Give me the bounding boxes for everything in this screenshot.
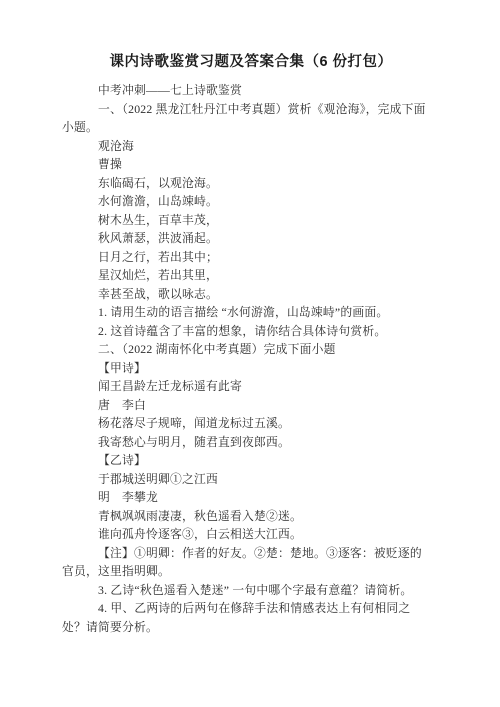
document-line: 秋风萧瑟，洪波涌起。	[62, 229, 440, 248]
document-line: 杨花落尽子规啼，闻道龙标过五溪。	[62, 414, 440, 433]
document-title: 课内诗歌鉴赏习题及答案合集（6 份打包）	[62, 52, 440, 72]
document-line: 青枫飒飒雨凄凄，秋色遥看入楚②迷。	[62, 507, 440, 526]
document-body: 中考冲刺——七上诗歌鉴赏一、（2022 黑龙江牡丹江中考真题）赏析《观沧海》，完…	[62, 81, 440, 636]
document-line: 曹操	[62, 155, 440, 174]
document-line: 一、（2022 黑龙江牡丹江中考真题）赏析《观沧海》，完成下面	[62, 100, 440, 119]
document-line: 东临碣石，以观沧海。	[62, 174, 440, 193]
document-line: 【乙诗】	[62, 451, 440, 470]
document-line: 【注】①明卿：作者的好友。②楚：楚地。③逐客：被贬逐的	[62, 544, 440, 563]
document-line: 明 李攀龙	[62, 488, 440, 507]
document-line: 观沧海	[62, 137, 440, 156]
document-line: 官员，这里指明卿。	[62, 562, 440, 581]
document-line: 【甲诗】	[62, 359, 440, 378]
document-line: 水何澹澹，山岛竦峙。	[62, 192, 440, 211]
document-line: 处？请简要分析。	[62, 618, 440, 637]
document-line: 日月之行，若出其中；	[62, 248, 440, 267]
document-line: 2. 这首诗蕴含了丰富的想象，请你结合具体诗句赏析。	[62, 322, 440, 341]
document-line: 二、（2022 湖南怀化中考真题）完成下面小题	[62, 340, 440, 359]
document-line: 1. 请用生动的语言描绘 “水何游澹，山岛竦峙”的画面。	[62, 303, 440, 322]
document-line: 树木丛生，百草丰茂，	[62, 211, 440, 230]
document-line: 中考冲刺——七上诗歌鉴赏	[62, 81, 440, 100]
document-line: 小题。	[62, 118, 440, 137]
document-line: 幸甚至战，歌以咏志。	[62, 285, 440, 304]
document-line: 我寄愁心与明月，随君直到夜郎西。	[62, 433, 440, 452]
document-line: 闻王昌龄左迁龙标遥有此寄	[62, 377, 440, 396]
document-page: 课内诗歌鉴赏习题及答案合集（6 份打包） 中考冲刺——七上诗歌鉴赏一、（2022…	[0, 0, 500, 707]
document-line: 于郡城送明卿①之江西	[62, 470, 440, 489]
document-line: 4. 甲、乙两诗的后两句在修辞手法和情感表达上有何相同之	[62, 599, 440, 618]
document-line: 星汉灿烂，若出其里，	[62, 266, 440, 285]
document-line: 3. 乙诗“秋色遥看入楚迷” 一句中哪个字最有意蕴？请简析。	[62, 581, 440, 600]
document-line: 唐 李白	[62, 396, 440, 415]
document-line: 谁向孤舟怜逐客③，白云相送大江西。	[62, 525, 440, 544]
